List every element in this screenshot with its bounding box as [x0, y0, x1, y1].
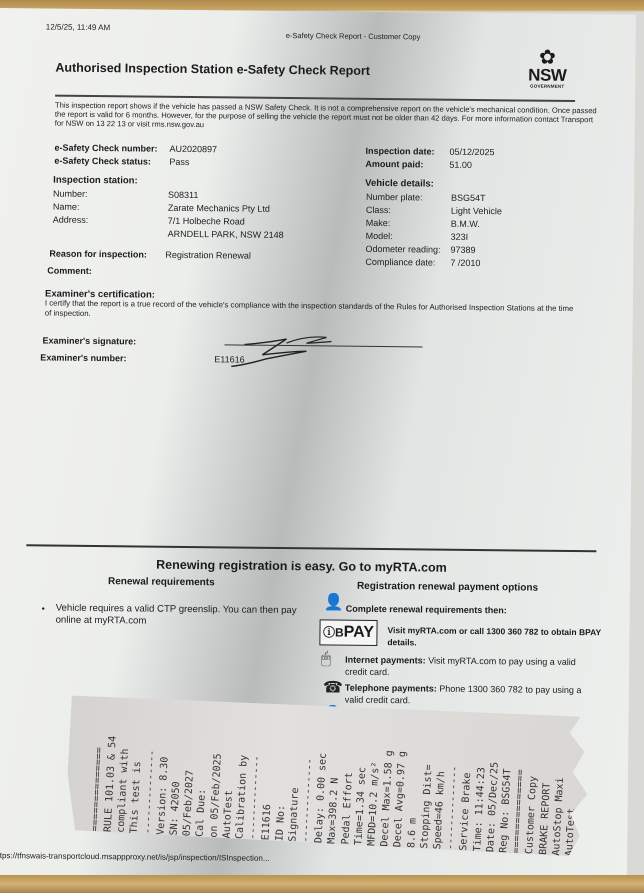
document-title: e-Safety Check Report - Customer Copy [286, 31, 421, 41]
station-heading: Inspection station: [53, 175, 138, 187]
make-label: Make: [366, 218, 391, 228]
bpay-logo: ⓘBPAY [319, 619, 377, 646]
payment-option-complete: Complete renewal requirements then: [346, 603, 507, 617]
station-address-line1: 7/1 Holbeche Road [168, 216, 245, 227]
renewal-title: Renewing registration is easy. Go to myR… [156, 558, 447, 575]
reason-value: Registration Renewal [165, 250, 251, 261]
check-status: Pass [169, 157, 189, 167]
inspection-date: 05/12/2025 [449, 147, 494, 157]
renewal-requirements-heading: Renewal requirements [108, 576, 215, 588]
print-datetime: 12/5/25, 11:49 AM [46, 22, 110, 32]
station-name-label: Name: [53, 202, 80, 212]
station-address-label: Address: [53, 215, 89, 225]
station-number-label: Number: [53, 189, 88, 199]
person-icon: 👤 [324, 595, 344, 611]
brake-test-receipt: AutoTestAutoStop MaxiBRAKE REPORTCustome… [65, 690, 592, 857]
mouse-icon: 🖱 [321, 651, 331, 667]
odometer-label: Odometer reading: [365, 244, 440, 255]
examiner-number: E11616 [214, 354, 244, 364]
report-title: Authorised Inspection Station e-Safety C… [55, 61, 370, 78]
plate-label: Number plate: [366, 192, 423, 203]
compliance-label: Compliance date: [365, 257, 435, 268]
desk-surface [0, 875, 644, 893]
station-name: Zarate Mechanics Pty Ltd [168, 203, 270, 214]
compliance-date: 7 /2010 [450, 258, 480, 268]
model-label: Model: [366, 231, 393, 241]
examiner-number-label: Examiner's number: [40, 352, 126, 363]
comment-label: Comment: [47, 266, 92, 276]
payment-option-internet: Internet payments: Visit myRTA.com to pa… [345, 654, 595, 681]
reason-label: Reason for inspection: [49, 249, 147, 260]
model: 323I [451, 232, 469, 242]
signature-scribble [226, 328, 356, 369]
signature-label: Examiner's signature: [42, 335, 136, 346]
check-status-label: e-Safety Check status: [54, 156, 151, 167]
vehicle-heading: Vehicle details: [365, 178, 434, 190]
inspection-date-label: Inspection date: [365, 146, 434, 157]
check-number: AU2020897 [169, 144, 217, 154]
amount-paid: 51.00 [449, 160, 472, 170]
requirement-item: • Vehicle requires a valid CTP greenslip… [42, 602, 310, 629]
station-address-line2: ARNDELL PARK, NSW 2148 [168, 229, 284, 240]
certification-text: I certify that the report is a true reco… [45, 298, 575, 324]
class-label: Class: [366, 205, 391, 215]
check-number-label: e-Safety Check number: [54, 143, 157, 154]
plate: BSG54T [451, 193, 486, 203]
section-divider [26, 544, 596, 551]
nsw-government-logo: ✿ NSW GOVERNMENT [525, 48, 569, 89]
make: B.M.W. [451, 219, 480, 229]
amount-paid-label: Amount paid: [365, 159, 423, 170]
payment-options-heading: Registration renewal payment options [357, 581, 538, 594]
telephone-icon: ☎ [323, 680, 343, 696]
payment-option-bpay: Visit myRTA.com or call 1300 360 782 to … [387, 624, 612, 650]
payment-option-telephone: Telephone payments: Phone 1300 360 782 t… [345, 682, 595, 709]
station-number: S08311 [168, 190, 198, 200]
odometer: 97389 [450, 245, 475, 255]
class: Light Vehicle [451, 206, 502, 217]
footer-url: https://tfnswais-transportcloud.msapppro… [0, 851, 270, 863]
bullet: • [42, 602, 45, 614]
disclaimer-text: This inspection report shows if the vehi… [55, 101, 600, 134]
